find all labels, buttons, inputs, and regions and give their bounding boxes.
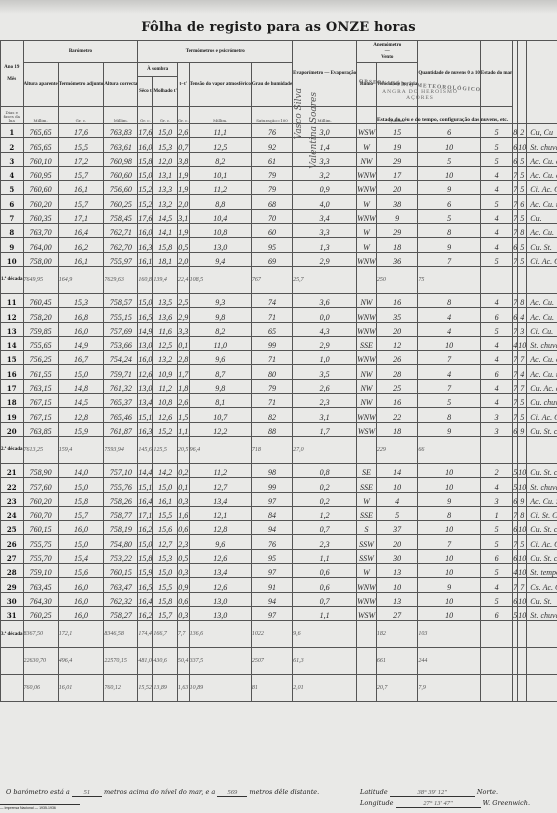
observation-table: Ano 19Mês Barómetro Termómetros e psicró…: [0, 40, 557, 702]
day-cell: 23: [1, 492, 24, 506]
value-cell: 16,4: [58, 224, 104, 238]
sea-header: Estado do mar: [480, 41, 512, 107]
value-cell: 13,2: [153, 351, 177, 365]
table-row: 18767,1514,5765,3713,410,82,68,1712,3NW1…: [1, 394, 557, 408]
value-cell: 10: [418, 521, 481, 535]
value-cell: 50,4: [177, 648, 189, 675]
value-cell: 5: [518, 535, 527, 549]
table-row: 5760,6016,1756,6015,213,31,911,2790,9WNW…: [1, 181, 557, 195]
table-row: 3760,1017,2760,9815,812,03,88,2613,3NW29…: [1, 152, 557, 166]
value-cell: SSW: [357, 549, 377, 563]
value-cell: W: [357, 492, 377, 506]
unit-label: Millim.: [189, 107, 251, 124]
value-cell: 11,6: [153, 322, 177, 336]
day-cell: 27: [1, 549, 24, 563]
value-cell: 159,4: [58, 436, 104, 463]
value-cell: 244: [418, 648, 481, 675]
value-cell: 15,5: [153, 578, 177, 592]
value-cell: 14,5: [58, 394, 104, 408]
unit-label: Gr. c.: [58, 107, 104, 124]
day-cell: 2: [1, 138, 24, 152]
value-cell: 13,1: [153, 166, 177, 180]
value-cell: 30: [376, 549, 418, 563]
value-cell: 15,7: [58, 166, 104, 180]
remarks-cell: St. tempo encoberto: [527, 564, 557, 578]
value-cell: 16,0: [58, 322, 104, 336]
value-cell: 760,20: [23, 195, 58, 209]
value-cell: 71: [251, 394, 292, 408]
remarks-cell: St. chuva leve intermitente: [527, 138, 557, 152]
day-cell: 20: [1, 422, 24, 436]
value-cell: 166,7: [153, 621, 177, 648]
value-cell: 3,3: [293, 224, 357, 238]
value-cell: 160,8: [138, 266, 153, 293]
value-cell: NW: [357, 394, 377, 408]
value-cell: 5: [480, 138, 512, 152]
value-cell: 14,1: [153, 224, 177, 238]
value-cell: [518, 621, 527, 648]
value-cell: 759,71: [104, 365, 138, 379]
value-cell: 16,8: [58, 308, 104, 322]
value-cell: WNW: [357, 408, 377, 422]
value-cell: 15,5: [58, 138, 104, 152]
table-row: 29763,4516,0763,4716,515,50,912,6910,6WN…: [1, 578, 557, 592]
value-cell: 1,2: [293, 506, 357, 520]
value-cell: 68: [251, 195, 292, 209]
value-cell: WSW: [357, 606, 377, 620]
value-cell: 13,5: [153, 293, 177, 307]
value-cell: 15,7: [58, 506, 104, 520]
value-cell: 36: [376, 252, 418, 266]
value-cell: 760,70: [23, 506, 58, 520]
value-cell: 5: [376, 506, 418, 520]
value-cell: 94: [251, 592, 292, 606]
value-cell: 7: [518, 379, 527, 393]
table-row: 16761,5515,0759,7112,610,91,78,7803,5NW2…: [1, 365, 557, 379]
remarks-cell: Ac. Cu.: [527, 293, 557, 307]
value-cell: 758,90: [23, 463, 58, 477]
value-cell: 755,76: [104, 478, 138, 492]
value-cell: 760,15: [104, 564, 138, 578]
value-cell: 17,1: [58, 209, 104, 223]
value-cell: 767,15: [23, 408, 58, 422]
table-row: 26755,7515,0754,8015,012,72,39,6762,3SSW…: [1, 535, 557, 549]
value-cell: 10: [418, 463, 481, 477]
value-cell: 16,5: [138, 578, 153, 592]
value-cell: 7593,94: [104, 436, 138, 463]
value-cell: 82: [251, 408, 292, 422]
value-cell: 25,7: [293, 266, 357, 293]
day-cell: 5: [1, 181, 24, 195]
value-cell: 8,1: [189, 394, 251, 408]
value-cell: 1,9: [177, 224, 189, 238]
value-cell: 9: [518, 422, 527, 436]
value-cell: 145,6: [138, 436, 153, 463]
value-cell: 8: [518, 224, 527, 238]
value-cell: [357, 436, 377, 463]
day-cell: 10: [1, 252, 24, 266]
value-cell: 79: [251, 166, 292, 180]
value-cell: 16,2: [138, 606, 153, 620]
remarks-cell: Cu. St. chuva fraca às 8h30m: [527, 521, 557, 535]
value-cell: 8: [418, 293, 481, 307]
value-cell: NW: [357, 365, 377, 379]
days-header: Dias e fases da lua: [1, 107, 24, 124]
value-cell: 0,0: [293, 308, 357, 322]
value-cell: 182: [376, 621, 418, 648]
value-cell: NW: [357, 152, 377, 166]
value-cell: W: [357, 224, 377, 238]
value-cell: 69: [251, 252, 292, 266]
value-cell: 758,45: [104, 209, 138, 223]
value-cell: 5: [480, 592, 512, 606]
value-cell: 10: [518, 592, 527, 606]
value-cell: 74: [251, 293, 292, 307]
value-cell: 88: [251, 422, 292, 436]
table-row: 17763,1514,8761,3213,011,21,89,8792,6NW2…: [1, 379, 557, 393]
day-cell: [1, 675, 24, 702]
value-cell: 15,1: [138, 408, 153, 422]
value-cell: 25: [376, 379, 418, 393]
value-cell: 9: [376, 209, 418, 223]
value-cell: 718: [251, 436, 292, 463]
value-cell: 8: [518, 506, 527, 520]
value-cell: 0,2: [293, 492, 357, 506]
remarks-cell: Ac. Cu. tempo de chuvisco, leve de chuva…: [527, 195, 557, 209]
table-row: 7760,3517,1758,4517,614,53,110,4703,4WNW…: [1, 209, 557, 223]
value-cell: 4: [480, 224, 512, 238]
value-cell: 13,3: [153, 181, 177, 195]
value-cell: W: [357, 138, 377, 152]
value-cell: 18: [376, 238, 418, 252]
value-cell: 4: [480, 379, 512, 393]
remarks-cell: [527, 621, 557, 648]
value-cell: 11,1: [189, 124, 251, 138]
day-cell: 14: [1, 336, 24, 350]
value-cell: 16,5: [138, 308, 153, 322]
table-row: 10758,0016,1755,9716,118,12,09,4692,9WNW…: [1, 252, 557, 266]
value-cell: 7629,63: [104, 266, 138, 293]
value-cell: 65: [251, 322, 292, 336]
value-cell: 0,6: [177, 592, 189, 606]
remarks-cell: Ac. Cu. tempo de chuvisco, fraco de chuv…: [527, 365, 557, 379]
table-row: 14755,6514,9753,6613,012,50,111,0992,9SS…: [1, 336, 557, 350]
value-cell: 4: [480, 336, 512, 350]
day-cell: 1: [1, 124, 24, 138]
value-cell: 97: [251, 564, 292, 578]
value-cell: 0,6: [293, 564, 357, 578]
value-cell: 3: [518, 322, 527, 336]
value-cell: 96,4: [189, 436, 251, 463]
table-row: 20763,8515,9761,8716,315,21,112,2881,7WS…: [1, 422, 557, 436]
value-cell: 5: [518, 209, 527, 223]
value-cell: [357, 648, 377, 675]
value-cell: 2,9: [293, 336, 357, 350]
decade-summary-row: 1.ª década7649,95164,97629,63160,8139,42…: [1, 266, 557, 293]
value-cell: 761,32: [104, 379, 138, 393]
value-cell: 757,60: [23, 478, 58, 492]
value-cell: 760,15: [23, 521, 58, 535]
value-cell: 95: [251, 238, 292, 252]
remarks-cell: Cu. St. chuva leve às 9 horas: [527, 422, 557, 436]
value-cell: WNW: [357, 181, 377, 195]
value-cell: 99: [251, 336, 292, 350]
table-row: 23760,2015,8758,2616,416,10,313,4970,2W4…: [1, 492, 557, 506]
value-cell: 10: [376, 478, 418, 492]
value-cell: WNW: [357, 578, 377, 592]
day-cell: 16: [1, 365, 24, 379]
value-cell: 76: [251, 124, 292, 138]
value-cell: WNW: [357, 592, 377, 606]
value-cell: 763,70: [23, 224, 58, 238]
value-cell: 71: [251, 351, 292, 365]
value-cell: 5: [418, 209, 481, 223]
value-cell: 6: [480, 365, 512, 379]
value-cell: 9: [418, 181, 481, 195]
value-cell: 760,98: [104, 152, 138, 166]
value-cell: 18: [376, 422, 418, 436]
value-cell: 71: [251, 308, 292, 322]
value-cell: 3: [480, 422, 512, 436]
value-cell: 16,2: [58, 238, 104, 252]
day-cell: 6: [1, 195, 24, 209]
value-cell: 174,4: [138, 621, 153, 648]
value-cell: 10: [418, 549, 481, 563]
decade-summary-row: 22630,70496,422570,15481,0430,650,4337,5…: [1, 648, 557, 675]
remarks-cell: Cu. St. chuva leve contínua: [527, 463, 557, 477]
table-row: 30764,3016,0762,3216,415,80,613,0940,7WN…: [1, 592, 557, 606]
value-cell: 61,3: [293, 648, 357, 675]
value-cell: 95: [251, 549, 292, 563]
value-cell: 13,4: [138, 394, 153, 408]
value-cell: 10: [518, 336, 527, 350]
value-cell: 8,8: [189, 195, 251, 209]
value-cell: 1,7: [293, 422, 357, 436]
value-cell: 29: [376, 224, 418, 238]
value-cell: [480, 648, 512, 675]
value-cell: 754,24: [104, 351, 138, 365]
day-cell: 31: [1, 606, 24, 620]
value-cell: 79: [251, 379, 292, 393]
shade-header: À sombra: [138, 63, 177, 77]
value-cell: 13: [376, 592, 418, 606]
value-cell: 15,8: [58, 492, 104, 506]
value-cell: 12,2: [189, 422, 251, 436]
value-cell: 2507: [251, 648, 292, 675]
value-cell: 14,9: [58, 336, 104, 350]
value-cell: 5: [480, 152, 512, 166]
table-row: 28759,1015,6760,1515,915,00,313,4970,6W1…: [1, 564, 557, 578]
value-cell: 3,1: [293, 408, 357, 422]
day-cell: 8: [1, 224, 24, 238]
value-cell: 20: [376, 181, 418, 195]
day-cell: 18: [1, 394, 24, 408]
value-cell: 763,15: [23, 379, 58, 393]
value-cell: 6: [480, 606, 512, 620]
value-cell: WNW: [357, 351, 377, 365]
value-cell: SSE: [357, 506, 377, 520]
value-cell: 4: [480, 209, 512, 223]
value-cell: 12,6: [189, 549, 251, 563]
value-cell: 16,0: [138, 138, 153, 152]
value-cell: 20,5: [177, 436, 189, 463]
value-cell: [480, 675, 512, 702]
value-cell: 767,15: [23, 394, 58, 408]
value-cell: 12,8: [189, 521, 251, 535]
value-cell: 6: [418, 195, 481, 209]
value-cell: NW: [357, 379, 377, 393]
table-row: 8763,7016,4762,7116,014,11,910,8603,3W29…: [1, 224, 557, 238]
value-cell: 92: [251, 138, 292, 152]
table-row: 6760,2015,7760,2515,213,22,08,8684,0W386…: [1, 195, 557, 209]
value-cell: W: [357, 238, 377, 252]
value-cell: 16,01: [58, 675, 104, 702]
value-cell: 12,1: [189, 506, 251, 520]
value-cell: 229: [376, 436, 418, 463]
value-cell: 10: [418, 138, 481, 152]
value-cell: 4: [480, 293, 512, 307]
value-cell: 7,9: [418, 675, 481, 702]
value-cell: 79: [251, 181, 292, 195]
remarks-cell: St. chuva leve intermitente: [527, 606, 557, 620]
value-cell: 763,47: [104, 578, 138, 592]
value-cell: SSE: [357, 336, 377, 350]
value-cell: 758,20: [23, 308, 58, 322]
remarks-cell: Ac. Cu. chuva fraca intermitente na madr…: [527, 351, 557, 365]
value-cell: 15,9: [138, 564, 153, 578]
value-cell: 10: [518, 478, 527, 492]
longitude-suffix: W. Greenwich.: [483, 799, 530, 807]
value-cell: 16: [376, 394, 418, 408]
value-cell: 0,6: [293, 578, 357, 592]
day-cell: 13: [1, 322, 24, 336]
value-cell: 8: [418, 408, 481, 422]
value-cell: 1,8: [177, 379, 189, 393]
value-cell: 760,12: [104, 675, 138, 702]
value-cell: 5: [518, 181, 527, 195]
value-cell: 20: [376, 535, 418, 549]
value-cell: 765,65: [23, 138, 58, 152]
value-cell: 4: [480, 166, 512, 180]
value-cell: 1,1: [177, 422, 189, 436]
value-cell: 13,89: [153, 675, 177, 702]
value-cell: 16,4: [138, 592, 153, 606]
value-cell: 8,2: [189, 322, 251, 336]
day-cell: [1, 648, 24, 675]
value-cell: 1,9: [177, 181, 189, 195]
value-cell: 22630,70: [23, 648, 58, 675]
value-cell: 16,4: [138, 492, 153, 506]
value-cell: 12,8: [58, 408, 104, 422]
value-cell: 15,8: [153, 238, 177, 252]
year-month-header: Ano 19Mês: [1, 41, 24, 107]
value-cell: 757,10: [104, 463, 138, 477]
value-cell: 27: [376, 606, 418, 620]
value-cell: 15,2: [138, 181, 153, 195]
day-cell: 25: [1, 521, 24, 535]
value-cell: 7: [418, 252, 481, 266]
value-cell: 4: [418, 365, 481, 379]
value-cell: 9,8: [189, 379, 251, 393]
value-cell: 3,2: [293, 166, 357, 180]
value-cell: 97: [251, 606, 292, 620]
value-cell: 139,4: [153, 266, 177, 293]
value-cell: 2,01: [293, 675, 357, 702]
remarks-cell: Ci. Ac. Cu.: [527, 535, 557, 549]
value-cell: 12,6: [138, 365, 153, 379]
value-cell: 3,1: [177, 209, 189, 223]
value-cell: 0,1: [177, 336, 189, 350]
value-cell: 11,0: [189, 336, 251, 350]
value-cell: 763,61: [104, 138, 138, 152]
diff-header: t−t': [177, 63, 189, 107]
value-cell: 15,7: [153, 606, 177, 620]
value-cell: 760,06: [23, 675, 58, 702]
value-cell: 1,63: [177, 675, 189, 702]
barometer-height-value: 51: [72, 789, 102, 797]
unit-label: Gr. c.: [138, 107, 153, 124]
value-cell: 755,65: [23, 336, 58, 350]
value-cell: 4: [418, 322, 481, 336]
remarks-cell: Cu. St.: [527, 592, 557, 606]
value-cell: 7649,95: [23, 266, 58, 293]
bar-corrected-header: Altura correcta: [104, 63, 138, 107]
remarks-cell: [527, 266, 557, 293]
value-cell: 10,7: [189, 408, 251, 422]
value-cell: 760,25: [23, 606, 58, 620]
day-cell: 21: [1, 463, 24, 477]
value-cell: 15,3: [153, 138, 177, 152]
value-cell: 760,95: [23, 166, 58, 180]
value-cell: 0,1: [177, 478, 189, 492]
value-cell: 9: [418, 422, 481, 436]
value-cell: 17: [376, 166, 418, 180]
value-cell: 0,2: [177, 463, 189, 477]
dry-header: Sêco t: [138, 77, 153, 107]
value-cell: 75: [418, 266, 481, 293]
remarks-cell: Ac. Cu. chuva fraca intermitente de madr…: [527, 166, 557, 180]
observer-signature-2: Valentina Soares: [309, 92, 319, 169]
value-cell: 5: [518, 238, 527, 252]
value-cell: 3,3: [293, 152, 357, 166]
value-cell: 3: [480, 492, 512, 506]
unit-label: Millim.: [23, 107, 58, 124]
value-cell: 10,8: [153, 394, 177, 408]
value-cell: 99: [251, 478, 292, 492]
remarks-cell: Ci. Ac. Cu. chuva leve intermitente: [527, 181, 557, 195]
value-cell: 8: [518, 293, 527, 307]
value-cell: 4: [480, 578, 512, 592]
value-cell: 0,8: [293, 463, 357, 477]
value-cell: 756,60: [104, 181, 138, 195]
value-cell: WSW: [357, 422, 377, 436]
value-cell: 9,8: [189, 308, 251, 322]
value-cell: 28: [376, 365, 418, 379]
value-cell: 10: [518, 463, 527, 477]
value-cell: 15,8: [138, 549, 153, 563]
value-cell: 13,0: [138, 336, 153, 350]
value-cell: 0,9: [177, 578, 189, 592]
value-cell: 3,8: [177, 152, 189, 166]
decade-summary-row: 760,0616,01760,1215,5213,891,6310,89812,…: [1, 675, 557, 702]
value-cell: 15,1: [138, 478, 153, 492]
value-cell: 2,5: [177, 293, 189, 307]
value-cell: 14,4: [138, 463, 153, 477]
value-cell: 753,22: [104, 549, 138, 563]
value-cell: [518, 648, 527, 675]
value-cell: 3,4: [293, 209, 357, 223]
value-cell: 9,6: [189, 351, 251, 365]
